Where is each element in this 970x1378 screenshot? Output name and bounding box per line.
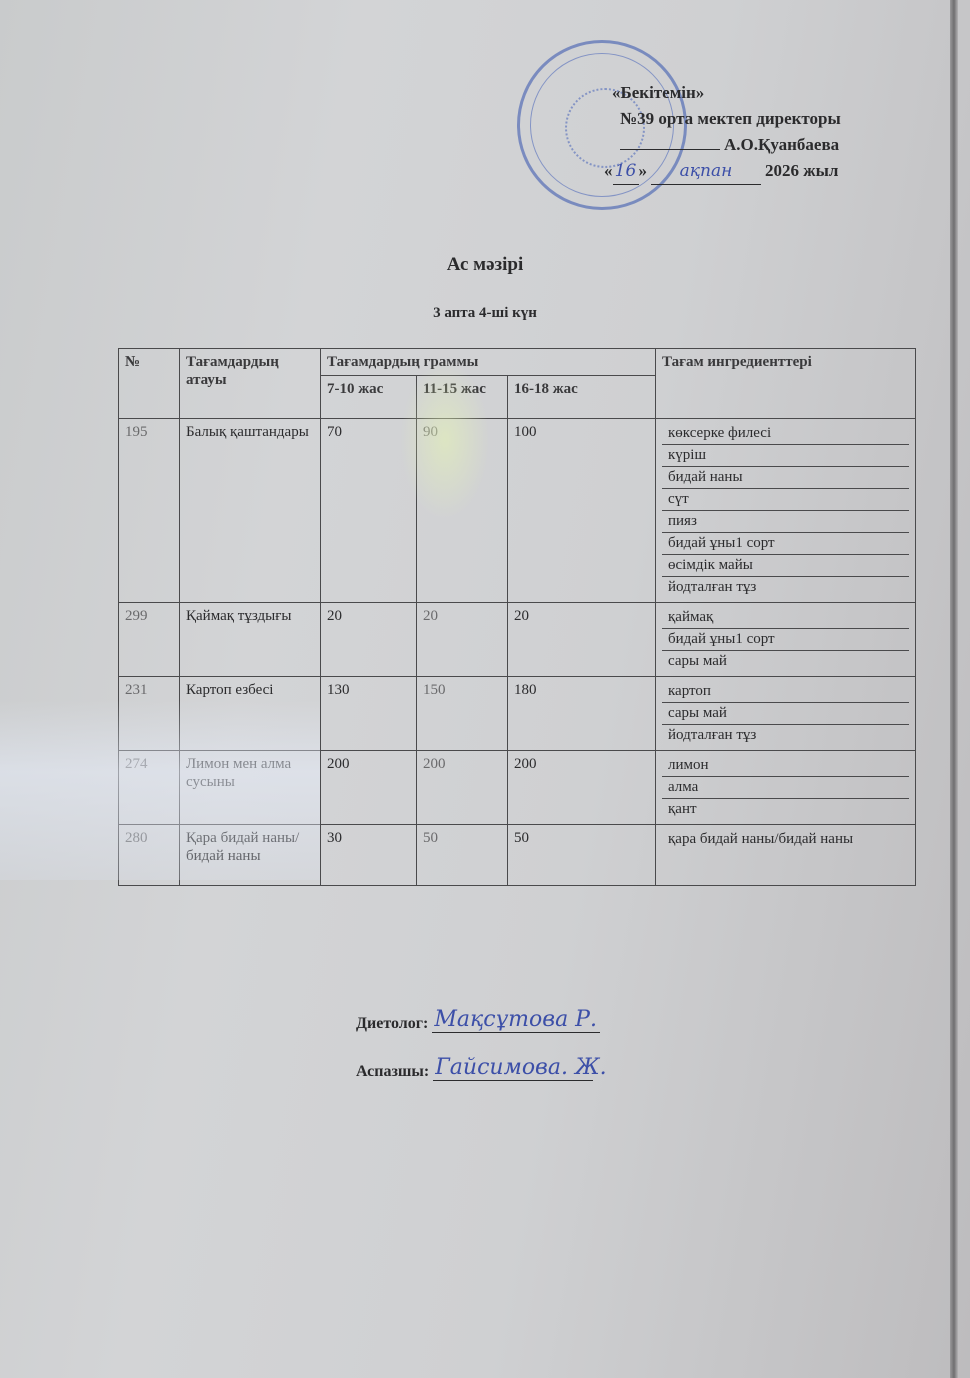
cook-label: Аспазшы: bbox=[356, 1063, 429, 1081]
header-dish-name: Тағамдардың атауы bbox=[180, 349, 321, 419]
ingredient-item: күріш bbox=[662, 445, 909, 467]
director-signature-line bbox=[620, 149, 720, 150]
signatures-block: Диетолог: Мақсұтова Р. Аспазшы: Гайсимов… bbox=[356, 985, 600, 1081]
header-ingredients: Тағам ингредиенттері bbox=[656, 349, 916, 419]
table-row: 274Лимон мен алма сусыны200200200лимонал… bbox=[119, 751, 916, 825]
approval-date: «16»ақпан2026 жыл bbox=[600, 158, 900, 185]
dish-name: Қаймақ тұздығы bbox=[180, 603, 321, 677]
ingredients-cell: қара бидай наны/бидай наны bbox=[656, 825, 916, 886]
ingredient-item: өсімдік майы bbox=[662, 555, 909, 577]
grams-7-10: 30 bbox=[321, 825, 417, 886]
dish-number: 231 bbox=[119, 677, 180, 751]
date-month: ақпан bbox=[651, 158, 761, 185]
dish-number: 280 bbox=[119, 825, 180, 886]
dietitian-label: Диетолог: bbox=[356, 1015, 428, 1033]
ingredient-item: картоп bbox=[662, 681, 909, 703]
dish-number: 274 bbox=[119, 751, 180, 825]
grams-11-15: 20 bbox=[417, 603, 508, 677]
director-name: А.О.Қуанбаева bbox=[724, 135, 839, 154]
approval-block: «Бекітемін» №39 орта мектеп директоры А.… bbox=[600, 80, 900, 185]
date-quote-open: « bbox=[604, 161, 613, 180]
ingredient-item: сары май bbox=[662, 703, 909, 725]
header-age-11-15: 11-15 жас bbox=[417, 376, 508, 419]
date-year: 2026 жыл bbox=[765, 161, 838, 180]
ingredients-cell: лимоналмақант bbox=[656, 751, 916, 825]
dietitian-signature-row: Диетолог: Мақсұтова Р. bbox=[356, 985, 600, 1033]
table-row: 299Қаймақ тұздығы202020қаймақбидай ұны1 … bbox=[119, 603, 916, 677]
grams-7-10: 20 bbox=[321, 603, 417, 677]
grams-11-15: 200 bbox=[417, 751, 508, 825]
ingredient-item: йодталған тұз bbox=[662, 577, 909, 598]
ingredient-item: сары май bbox=[662, 651, 909, 672]
dietitian-signature-line: Мақсұтова Р. bbox=[432, 1006, 600, 1033]
ingredient-item: йодталған тұз bbox=[662, 725, 909, 746]
date-quote-close: » bbox=[639, 161, 648, 180]
ingredient-item: бидай ұны1 сорт bbox=[662, 629, 909, 651]
grams-16-18: 200 bbox=[508, 751, 656, 825]
header-grams: Тағамдардың граммы bbox=[321, 349, 656, 376]
ingredient-item: сүт bbox=[662, 489, 909, 511]
ingredient-item: көксерке филесі bbox=[662, 423, 909, 445]
page-title: Ас мәзірі bbox=[0, 254, 970, 276]
header-age-7-10: 7-10 жас bbox=[321, 376, 417, 419]
ingredient-item: пияз bbox=[662, 511, 909, 533]
ingredient-item: қаймақ bbox=[662, 607, 909, 629]
grams-16-18: 100 bbox=[508, 419, 656, 603]
ingredient-item: бидай ұны1 сорт bbox=[662, 533, 909, 555]
grams-7-10: 70 bbox=[321, 419, 417, 603]
paper-edge bbox=[950, 0, 958, 1378]
cook-signature: Гайсимова. Ж. bbox=[435, 1055, 606, 1080]
grams-16-18: 50 bbox=[508, 825, 656, 886]
ingredients-cell: картопсары маййодталған тұз bbox=[656, 677, 916, 751]
grams-7-10: 130 bbox=[321, 677, 417, 751]
approval-position: №39 орта мектеп директоры bbox=[600, 106, 900, 132]
grams-11-15: 50 bbox=[417, 825, 508, 886]
table-row: 280Қара бидай наны/бидай наны305050қара … bbox=[119, 825, 916, 886]
cook-signature-line: Гайсимова. Ж. bbox=[433, 1054, 593, 1081]
table-row: 195Балық қаштандары7090100көксерке филес… bbox=[119, 419, 916, 603]
ingredient-item: қара бидай наны/бидай наны bbox=[662, 829, 909, 850]
approval-name: А.О.Қуанбаева bbox=[600, 132, 900, 158]
grams-11-15: 90 bbox=[417, 419, 508, 603]
ingredient-item: бидай наны bbox=[662, 467, 909, 489]
dish-name: Қара бидай наны/бидай наны bbox=[180, 825, 321, 886]
dish-name: Картоп езбесі bbox=[180, 677, 321, 751]
header-age-16-18: 16-18 жас bbox=[508, 376, 656, 419]
menu-table-body: 195Балық қаштандары7090100көксерке филес… bbox=[119, 419, 916, 886]
dish-name: Балық қаштандары bbox=[180, 419, 321, 603]
header-number: № bbox=[119, 349, 180, 419]
dish-number: 299 bbox=[119, 603, 180, 677]
page-subtitle: 3 апта 4-ші күн bbox=[0, 305, 970, 322]
dietitian-signature: Мақсұтова Р. bbox=[434, 1007, 597, 1032]
ingredients-cell: көксерке филесікүрішбидай нанысүтпиязбид… bbox=[656, 419, 916, 603]
grams-16-18: 20 bbox=[508, 603, 656, 677]
dish-number: 195 bbox=[119, 419, 180, 603]
grams-11-15: 150 bbox=[417, 677, 508, 751]
ingredient-item: қант bbox=[662, 799, 909, 820]
table-row: 231Картоп езбесі130150180картопсары майй… bbox=[119, 677, 916, 751]
ingredients-cell: қаймақбидай ұны1 сортсары май bbox=[656, 603, 916, 677]
ingredient-item: лимон bbox=[662, 755, 909, 777]
dish-name: Лимон мен алма сусыны bbox=[180, 751, 321, 825]
date-day: 16 bbox=[613, 158, 639, 185]
approval-heading: «Бекітемін» bbox=[600, 80, 900, 106]
cook-signature-row: Аспазшы: Гайсимова. Ж. bbox=[356, 1033, 600, 1081]
ingredient-item: алма bbox=[662, 777, 909, 799]
grams-16-18: 180 bbox=[508, 677, 656, 751]
grams-7-10: 200 bbox=[321, 751, 417, 825]
menu-table: № Тағамдардың атауы Тағамдардың граммы Т… bbox=[118, 348, 916, 886]
